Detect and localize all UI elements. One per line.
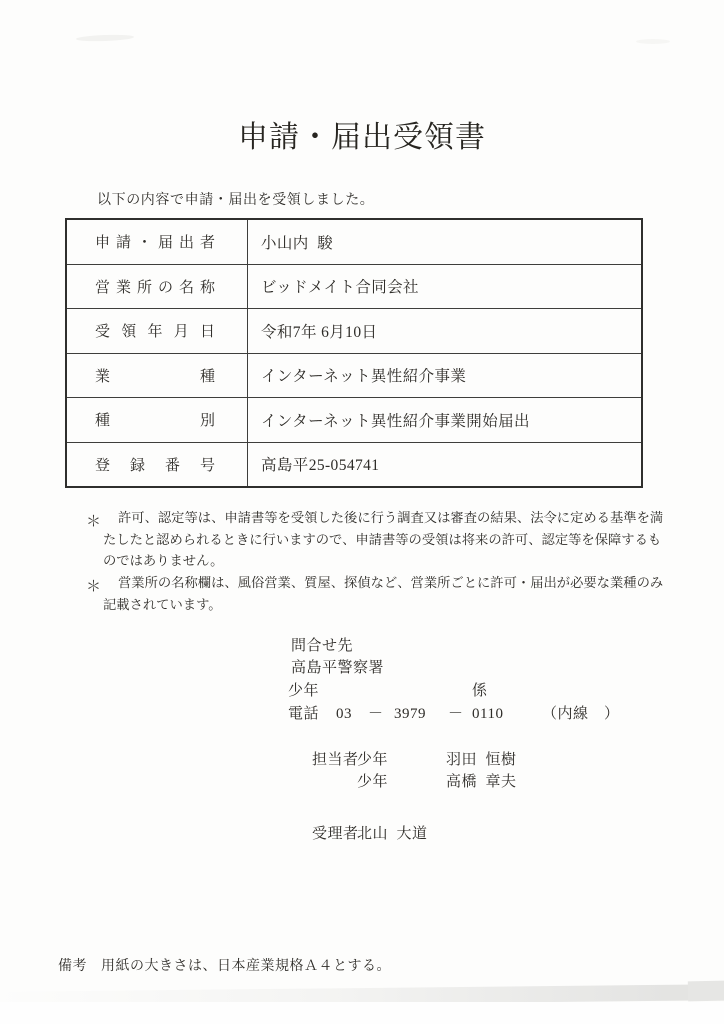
row-label-registration-number: 登 録 番 号	[67, 454, 247, 475]
contact-heading: 問合せ先	[291, 637, 353, 656]
tel-extension-open: （内線	[542, 705, 589, 724]
row-value-business-type: インターネット異性紹介事業	[248, 354, 641, 398]
tel-extension-close: ）	[604, 705, 620, 724]
footnote-marker: ＊	[86, 510, 101, 531]
table-row: 業 種 インターネット異性紹介事業	[67, 354, 641, 399]
acceptor-label: 受理者	[312, 825, 359, 844]
footnote-line: 営業所の名称欄は、風俗営業、質屋、探偵など、営業所ごとに許可・届出が必要な業種の…	[103, 572, 663, 594]
tel-area-code: 03	[336, 705, 352, 724]
footnote-marker: ＊	[86, 575, 101, 596]
footnote-line: 許可、認定等は、申請書等を受領した後に行う調査又は審査の結果、法令に定める基準を…	[103, 507, 663, 529]
contact-kakari: 係	[472, 682, 488, 701]
intro-sentence: 以下の内容で申請・届出を受領しました。	[97, 189, 374, 209]
table-row: 登 録 番 号 高島平25-054741	[67, 443, 641, 487]
staff-name: 高橋 章夫	[446, 773, 517, 792]
staff-section: 少年	[357, 773, 388, 792]
paper-edge-shadow	[688, 981, 724, 1002]
scan-smudge	[76, 34, 134, 42]
acceptor-name: 北山 大道	[357, 825, 428, 844]
tel-label: 電話	[288, 705, 319, 724]
contact-section: 少年	[288, 682, 319, 701]
footnote-line: 記載されています。	[103, 594, 663, 616]
footnote-line: のではありません。	[103, 550, 663, 572]
tel-dash: －	[448, 705, 464, 724]
row-value-office-name: ビッドメイト合同会社	[248, 265, 641, 309]
staff-section: 少年	[357, 751, 388, 770]
tel-number-1: 3979	[394, 705, 426, 724]
scan-smudge	[636, 39, 670, 44]
row-label-category: 種 別	[67, 409, 247, 430]
footnote-line: たしたと認められるときに行いますので、申請書等の受領は将来の許可、認定等を保障す…	[103, 529, 663, 551]
table-row: 種 別 インターネット異性紹介事業開始届出	[67, 398, 641, 443]
staff-name: 羽田 恒樹	[446, 751, 517, 770]
contact-office: 高島平警察署	[291, 659, 384, 678]
row-value-category: インターネット異性紹介事業開始届出	[248, 398, 641, 442]
receipt-table: 申 請 ・ 届 出 者 小山内 駿 営 業 所 の 名 称 ビッドメイト合同会社…	[65, 218, 643, 488]
row-value-receipt-date: 令和7年 6月10日	[248, 309, 641, 353]
footnote-1: 許可、認定等は、申請書等を受領した後に行う調査又は審査の結果、法令に定める基準を…	[103, 507, 663, 572]
row-label-business-type: 業 種	[67, 365, 247, 386]
tel-dash: －	[368, 705, 384, 724]
remark-label: 備考	[58, 955, 87, 975]
row-label-office-name: 営 業 所 の 名 称	[67, 276, 247, 297]
staff-label: 担当者	[312, 751, 359, 770]
row-value-applicant: 小山内 駿	[248, 220, 641, 264]
remark-text: 用紙の大きさは、日本産業規格Ａ４とする。	[101, 955, 391, 975]
scanner-background	[0, 1002, 724, 1024]
row-value-registration-number: 高島平25-054741	[248, 443, 641, 487]
table-row: 受 領 年 月 日 令和7年 6月10日	[67, 309, 641, 354]
page-title: 申請・届出受領書	[0, 112, 724, 156]
receipt-document: 申請・届出受領書 以下の内容で申請・届出を受領しました。 申 請 ・ 届 出 者…	[0, 0, 724, 1024]
row-label-applicant: 申 請 ・ 届 出 者	[67, 231, 247, 252]
table-row: 申 請 ・ 届 出 者 小山内 駿	[67, 220, 641, 265]
tel-number-2: 0110	[472, 705, 503, 724]
row-label-receipt-date: 受 領 年 月 日	[67, 320, 247, 341]
table-row: 営 業 所 の 名 称 ビッドメイト合同会社	[67, 265, 641, 310]
footnote-2: 営業所の名称欄は、風俗営業、質屋、探偵など、営業所ごとに許可・届出が必要な業種の…	[103, 572, 663, 615]
